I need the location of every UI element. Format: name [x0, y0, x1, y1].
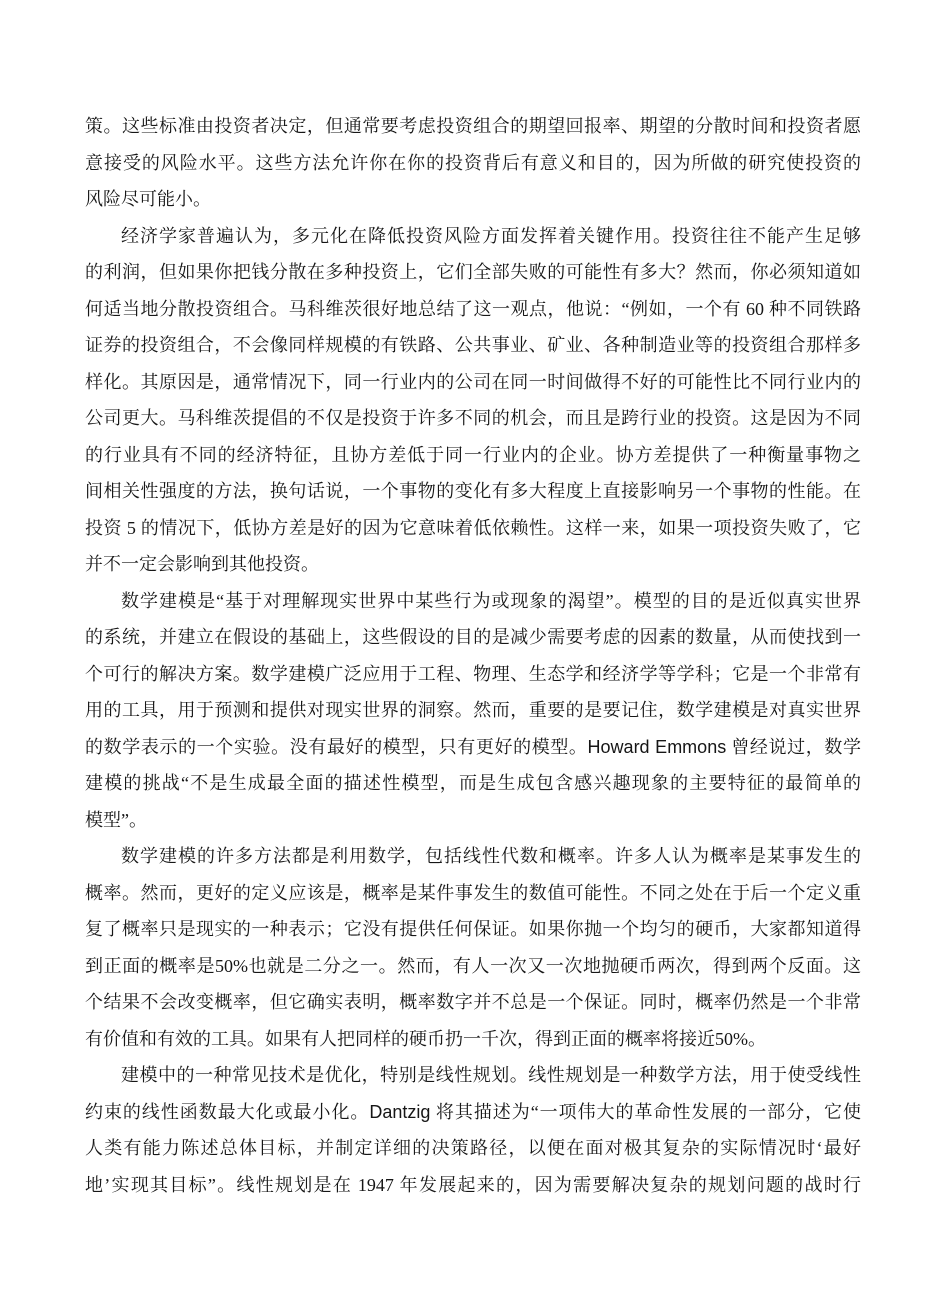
latin-text: Dantzig: [369, 1102, 430, 1122]
text-line: 用的工具，用于预测和提供对现实世界的洞察。然而，重要的是要记住，数学建模是对真实…: [85, 692, 861, 729]
paragraph: 经济学家普遍认为，多元化在降低投资风险方面发挥着关键作用。投资往往不能产生足够的…: [85, 218, 861, 583]
text-line: 并不一定会影响到其他投资。: [85, 546, 861, 583]
text-line: 的行业具有不同的经济特征，且协方差低于同一行业内的企业。协方差提供了一种衡量事物…: [85, 437, 861, 474]
text-content: 策。这些标准由投资者决定，但通常要考虑投资组合的期望回报率、期望的分散时间和投资…: [85, 108, 861, 1203]
text-line: 投资 5 的情况下，低协方差是好的因为它意味着低依赖性。这样一来，如果一项投资失…: [85, 510, 861, 547]
text-line: 数学建模的许多方法都是利用数学，包括线性代数和概率。许多人认为概率是某事发生的: [85, 838, 861, 875]
paragraph: 建模中的一种常见技术是优化，特别是线性规划。线性规划是一种数学方法，用于使受线性…: [85, 1057, 861, 1203]
text-line: 的利润，但如果你把钱分散在多种投资上，它们全部失败的可能性有多大？然而，你必须知…: [85, 254, 861, 291]
text-line: 个结果不会改变概率，但它确实表明，概率数字并不总是一个保证。同时，概率仍然是一个…: [85, 984, 861, 1021]
text-line: 约束的线性函数最大化或最小化。Dantzig 将其描述为“一项伟大的革命性发展的…: [85, 1094, 861, 1131]
text-line: 间相关性强度的方法，换句话说，一个事物的变化有多大程度上直接影响另一个事物的性能…: [85, 473, 861, 510]
document-page: 策。这些标准由投资者决定，但通常要考虑投资组合的期望回报率、期望的分散时间和投资…: [0, 0, 926, 1309]
text-line: 人类有能力陈述总体目标，并制定详细的决策路径，以便在面对极其复杂的实际情况时‘最…: [85, 1130, 861, 1167]
text-line: 有价值和有效的工具。如果有人把同样的硬币扔一千次，得到正面的概率将接近50%。: [85, 1021, 861, 1058]
text-line: 意接受的风险水平。这些方法允许你在你的投资背后有意义和目的，因为所做的研究使投资…: [85, 145, 861, 182]
text-line: 建模中的一种常见技术是优化，特别是线性规划。线性规划是一种数学方法，用于使受线性: [85, 1057, 861, 1094]
text-line: 的系统，并建立在假设的基础上，这些假设的目的是减少需要考虑的因素的数量，从而使找…: [85, 619, 861, 656]
text-line: 建模的挑战“不是生成最全面的描述性模型，而是生成包含感兴趣现象的主要特征的最简单…: [85, 765, 861, 802]
text-line: 公司更大。马科维茨提倡的不仅是投资于许多不同的机会，而且是跨行业的投资。这是因为…: [85, 400, 861, 437]
text-line: 概率。然而，更好的定义应该是，概率是某件事发生的数值可能性。不同之处在于后一个定…: [85, 875, 861, 912]
text-line: 何适当地分散投资组合。马科维茨很好地总结了这一观点，他说：“例如，一个有 60 …: [85, 291, 861, 328]
text-line: 数学建模是“基于对理解现实世界中某些行为或现象的渴望”。模型的目的是近似真实世界: [85, 583, 861, 620]
text-line: 个可行的解决方案。数学建模广泛应用于工程、物理、生态学和经济学等学科；它是一个非…: [85, 656, 861, 693]
text-line: 的数学表示的一个实验。没有最好的模型，只有更好的模型。Howard Emmons…: [85, 729, 861, 766]
latin-text: Howard Emmons: [588, 737, 727, 757]
paragraph: 数学建模是“基于对理解现实世界中某些行为或现象的渴望”。模型的目的是近似真实世界…: [85, 583, 861, 839]
text-line: 地’实现其目标”。线性规划是在 1947 年发展起来的，因为需要解决复杂的规划问…: [85, 1167, 861, 1204]
text-line: 模型”。: [85, 802, 861, 839]
paragraph: 策。这些标准由投资者决定，但通常要考虑投资组合的期望回报率、期望的分散时间和投资…: [85, 108, 861, 218]
text-line: 策。这些标准由投资者决定，但通常要考虑投资组合的期望回报率、期望的分散时间和投资…: [85, 108, 861, 145]
text-line: 到正面的概率是50%也就是二分之一。然而，有人一次又一次地抛硬币两次，得到两个反…: [85, 948, 861, 985]
paragraph: 数学建模的许多方法都是利用数学，包括线性代数和概率。许多人认为概率是某事发生的概…: [85, 838, 861, 1057]
text-line: 样化。其原因是，通常情况下，同一行业内的公司在同一时间做得不好的可能性比不同行业…: [85, 364, 861, 401]
text-line: 经济学家普遍认为，多元化在降低投资风险方面发挥着关键作用。投资往往不能产生足够: [85, 218, 861, 255]
text-line: 证券的投资组合，不会像同样规模的有铁路、公共事业、矿业、各种制造业等的投资组合那…: [85, 327, 861, 364]
text-line: 复了概率只是现实的一种表示；它没有提供任何保证。如果你抛一个均匀的硬币，大家都知…: [85, 911, 861, 948]
text-line: 风险尽可能小。: [85, 181, 861, 218]
